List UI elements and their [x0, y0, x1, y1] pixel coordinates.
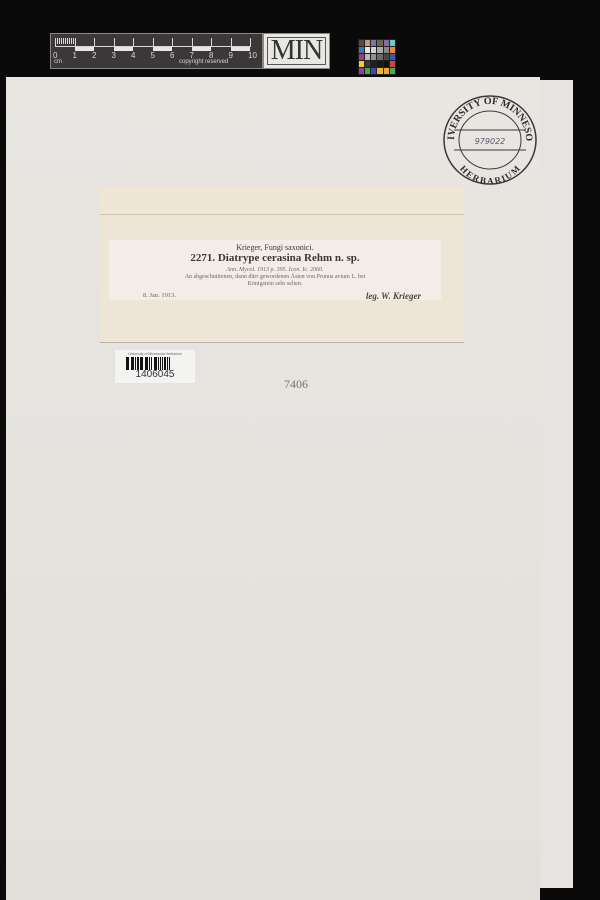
- ruler-number: 0: [53, 51, 57, 60]
- color-swatch: [365, 61, 370, 67]
- ruler-number: 1: [73, 51, 77, 60]
- herbarium-stamp: UNIVERSITY OF MINNESOTA HERBARIUM 979022: [442, 94, 538, 186]
- ruler-mm-tick: [73, 38, 74, 44]
- color-swatch: [371, 40, 376, 46]
- color-calibration-chart: [358, 39, 396, 75]
- color-swatch: [359, 47, 364, 53]
- ruler-tick: [250, 38, 251, 47]
- color-swatch: [390, 47, 395, 53]
- svg-text:HERBARIUM: HERBARIUM: [458, 163, 522, 186]
- color-swatch: [377, 68, 382, 74]
- ruler-number: 3: [112, 51, 116, 60]
- label-date: 8. Jan. 1913.: [143, 292, 176, 299]
- barcode-label: University of Minnesota Herbarium 140604…: [115, 350, 195, 383]
- color-swatch: [365, 47, 370, 53]
- barcode-number: 1406045: [115, 370, 195, 380]
- color-swatch: [371, 68, 376, 74]
- scale-ruler: cm copyright reserved 012345678910: [50, 33, 263, 69]
- ruler-mm-tick: [69, 38, 70, 44]
- color-swatch: [359, 40, 364, 46]
- ruler-mm-tick: [57, 38, 58, 44]
- color-swatch: [371, 54, 376, 60]
- color-swatch: [377, 54, 382, 60]
- color-swatch: [359, 61, 364, 67]
- color-swatch: [384, 47, 389, 53]
- color-swatch: [365, 40, 370, 46]
- ruler-number: 7: [190, 51, 194, 60]
- ruler-number: 2: [92, 51, 96, 60]
- color-swatch: [384, 68, 389, 74]
- institution-code: MIN: [267, 37, 326, 65]
- label-collector: leg. W. Krieger: [366, 291, 421, 301]
- color-swatch: [384, 40, 389, 46]
- color-swatch: [390, 54, 395, 60]
- ruler-mm-tick: [71, 38, 72, 44]
- ruler-number: 8: [209, 51, 213, 60]
- label-habitat: An abgeschnittenen, dann dürr gewordenen…: [109, 274, 441, 280]
- ruler-number: 10: [248, 51, 257, 60]
- color-swatch: [377, 40, 382, 46]
- copyright-text: copyright reserved: [179, 59, 228, 65]
- ruler-number: 6: [170, 51, 174, 60]
- color-swatch: [377, 61, 382, 67]
- color-swatch: [390, 40, 395, 46]
- color-swatch: [377, 47, 382, 53]
- ruler-mm-tick: [61, 38, 62, 44]
- accession-number: 7406: [284, 377, 308, 392]
- color-swatch: [390, 61, 395, 67]
- color-swatch: [365, 68, 370, 74]
- color-swatch: [390, 68, 395, 74]
- barcode-caption: University of Minnesota Herbarium: [115, 352, 195, 356]
- ruler-mm-tick: [65, 38, 66, 44]
- color-swatch: [384, 54, 389, 60]
- packet-flap: [100, 188, 464, 215]
- ruler-number: 5: [151, 51, 155, 60]
- color-swatch: [384, 61, 389, 67]
- label-reference: Ann. Mycol. 1913 p. 395. Icon. Ic. 2060.: [109, 267, 441, 273]
- handwritten-catalog-number: 979022: [475, 137, 506, 146]
- color-swatch: [371, 61, 376, 67]
- ruler-number: 4: [131, 51, 135, 60]
- label-taxon: 2271. Diatrype cerasina Rehm n. sp.: [109, 252, 441, 264]
- ruler-mm-tick: [67, 38, 68, 44]
- color-swatch: [371, 47, 376, 53]
- color-swatch: [359, 54, 364, 60]
- color-swatch: [359, 68, 364, 74]
- stamp-bottom-text: HERBARIUM: [458, 163, 522, 186]
- color-swatch: [365, 54, 370, 60]
- ruler-number: 9: [229, 51, 233, 60]
- ruler-mm-tick: [63, 38, 64, 44]
- label-series: Krieger, Fungi saxonici.: [109, 243, 441, 252]
- backing-sheet: [538, 80, 573, 888]
- institution-code-box: MIN: [263, 33, 330, 69]
- ruler-mm-tick: [59, 38, 60, 44]
- specimen-label: Krieger, Fungi saxonici. 2271. Diatrype …: [109, 240, 441, 300]
- label-locality: Königstein sehr selten.: [109, 281, 441, 287]
